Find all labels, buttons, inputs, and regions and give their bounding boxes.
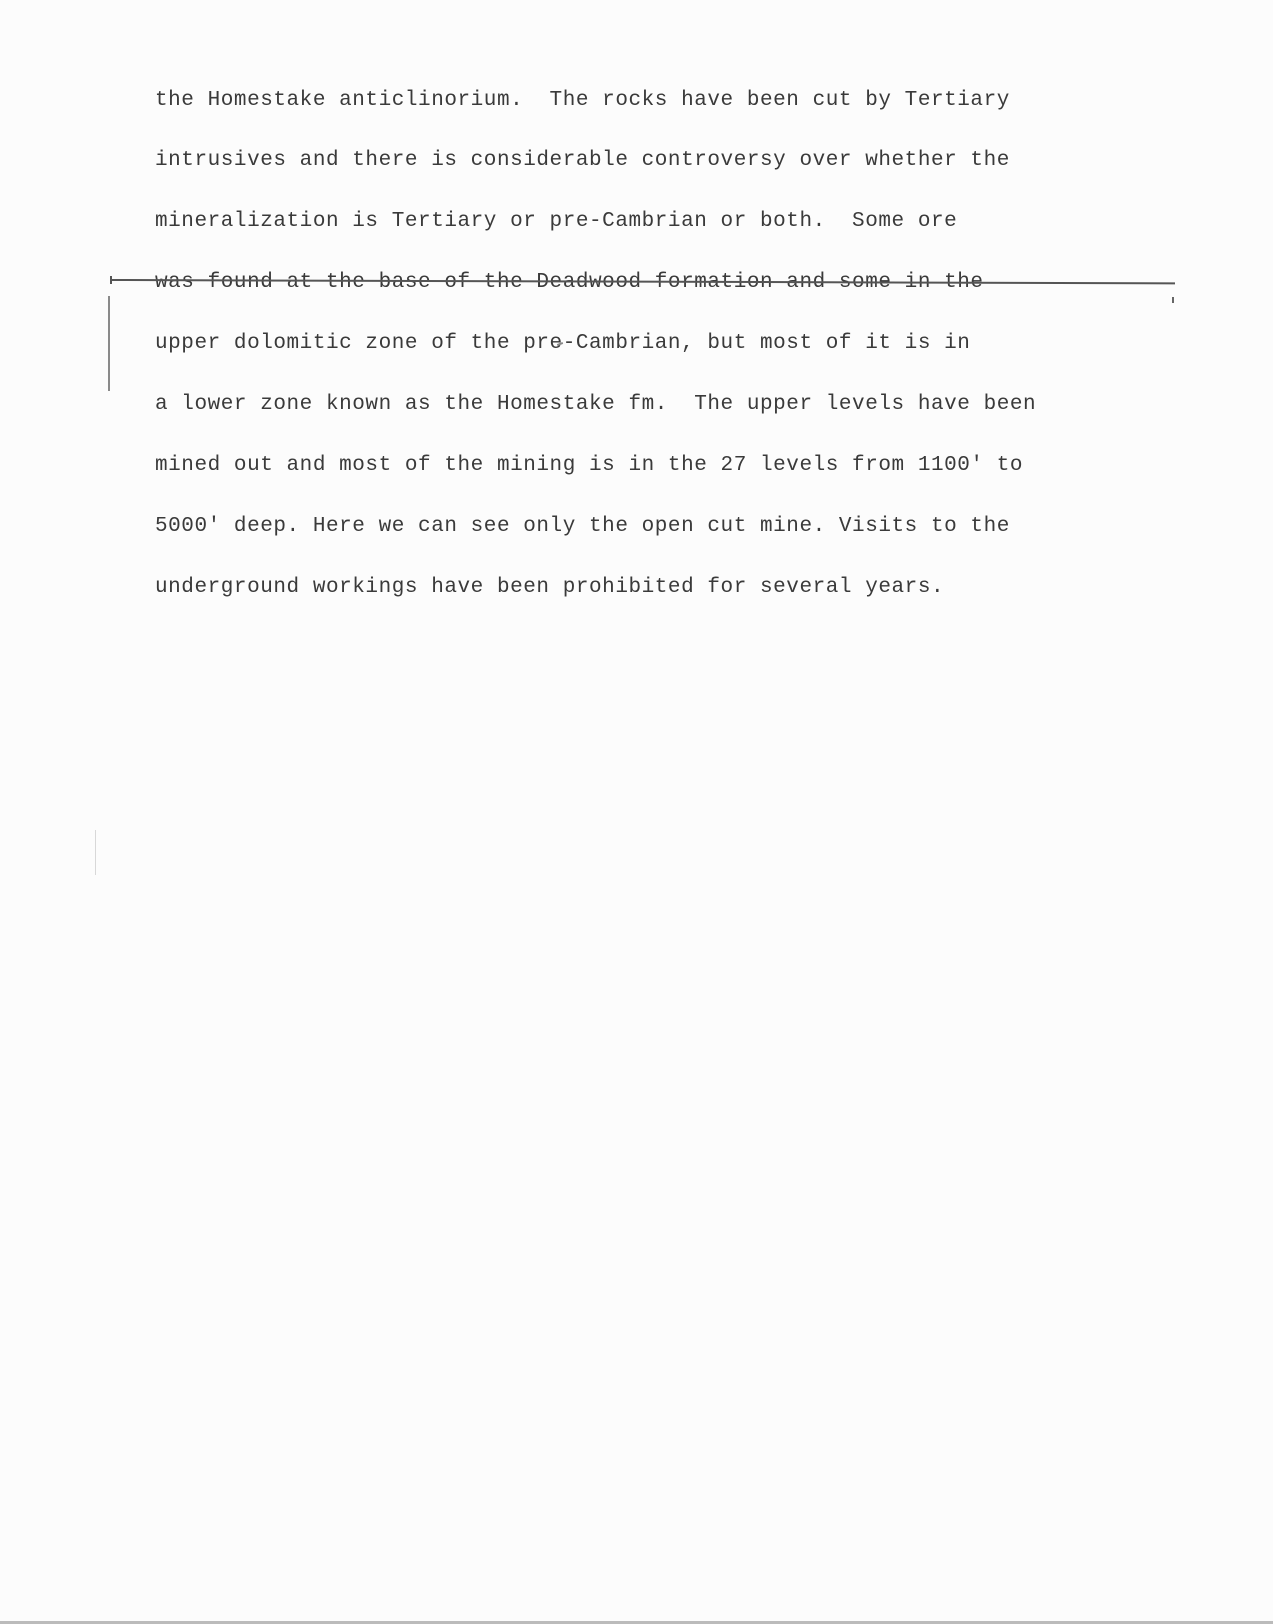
text-line: intrusives and there is considerable con… bbox=[155, 151, 1205, 171]
text-line: mineralization is Tertiary or pre-Cambri… bbox=[155, 212, 1205, 232]
text-line: mined out and most of the mining is in t… bbox=[155, 456, 1205, 476]
text-line: a lower zone known as the Homestake fm. … bbox=[155, 395, 1205, 415]
text-line: upper dolomitic zone of the pre-Cambrian… bbox=[155, 334, 1205, 354]
text-line: 5000' deep. Here we can see only the ope… bbox=[155, 517, 1205, 537]
text-line: the Homestake anticlinorium. The rocks h… bbox=[155, 91, 1205, 111]
faint-scan-mark bbox=[95, 830, 96, 875]
typewritten-paragraph: the Homestake anticlinorium. The rocks h… bbox=[155, 50, 1205, 639]
vertical-margin-rule bbox=[108, 296, 110, 391]
rule-tick-right bbox=[1172, 297, 1174, 303]
text-line: underground workings have been prohibite… bbox=[155, 578, 1205, 598]
scanned-page: the Homestake anticlinorium. The rocks h… bbox=[0, 0, 1273, 1624]
